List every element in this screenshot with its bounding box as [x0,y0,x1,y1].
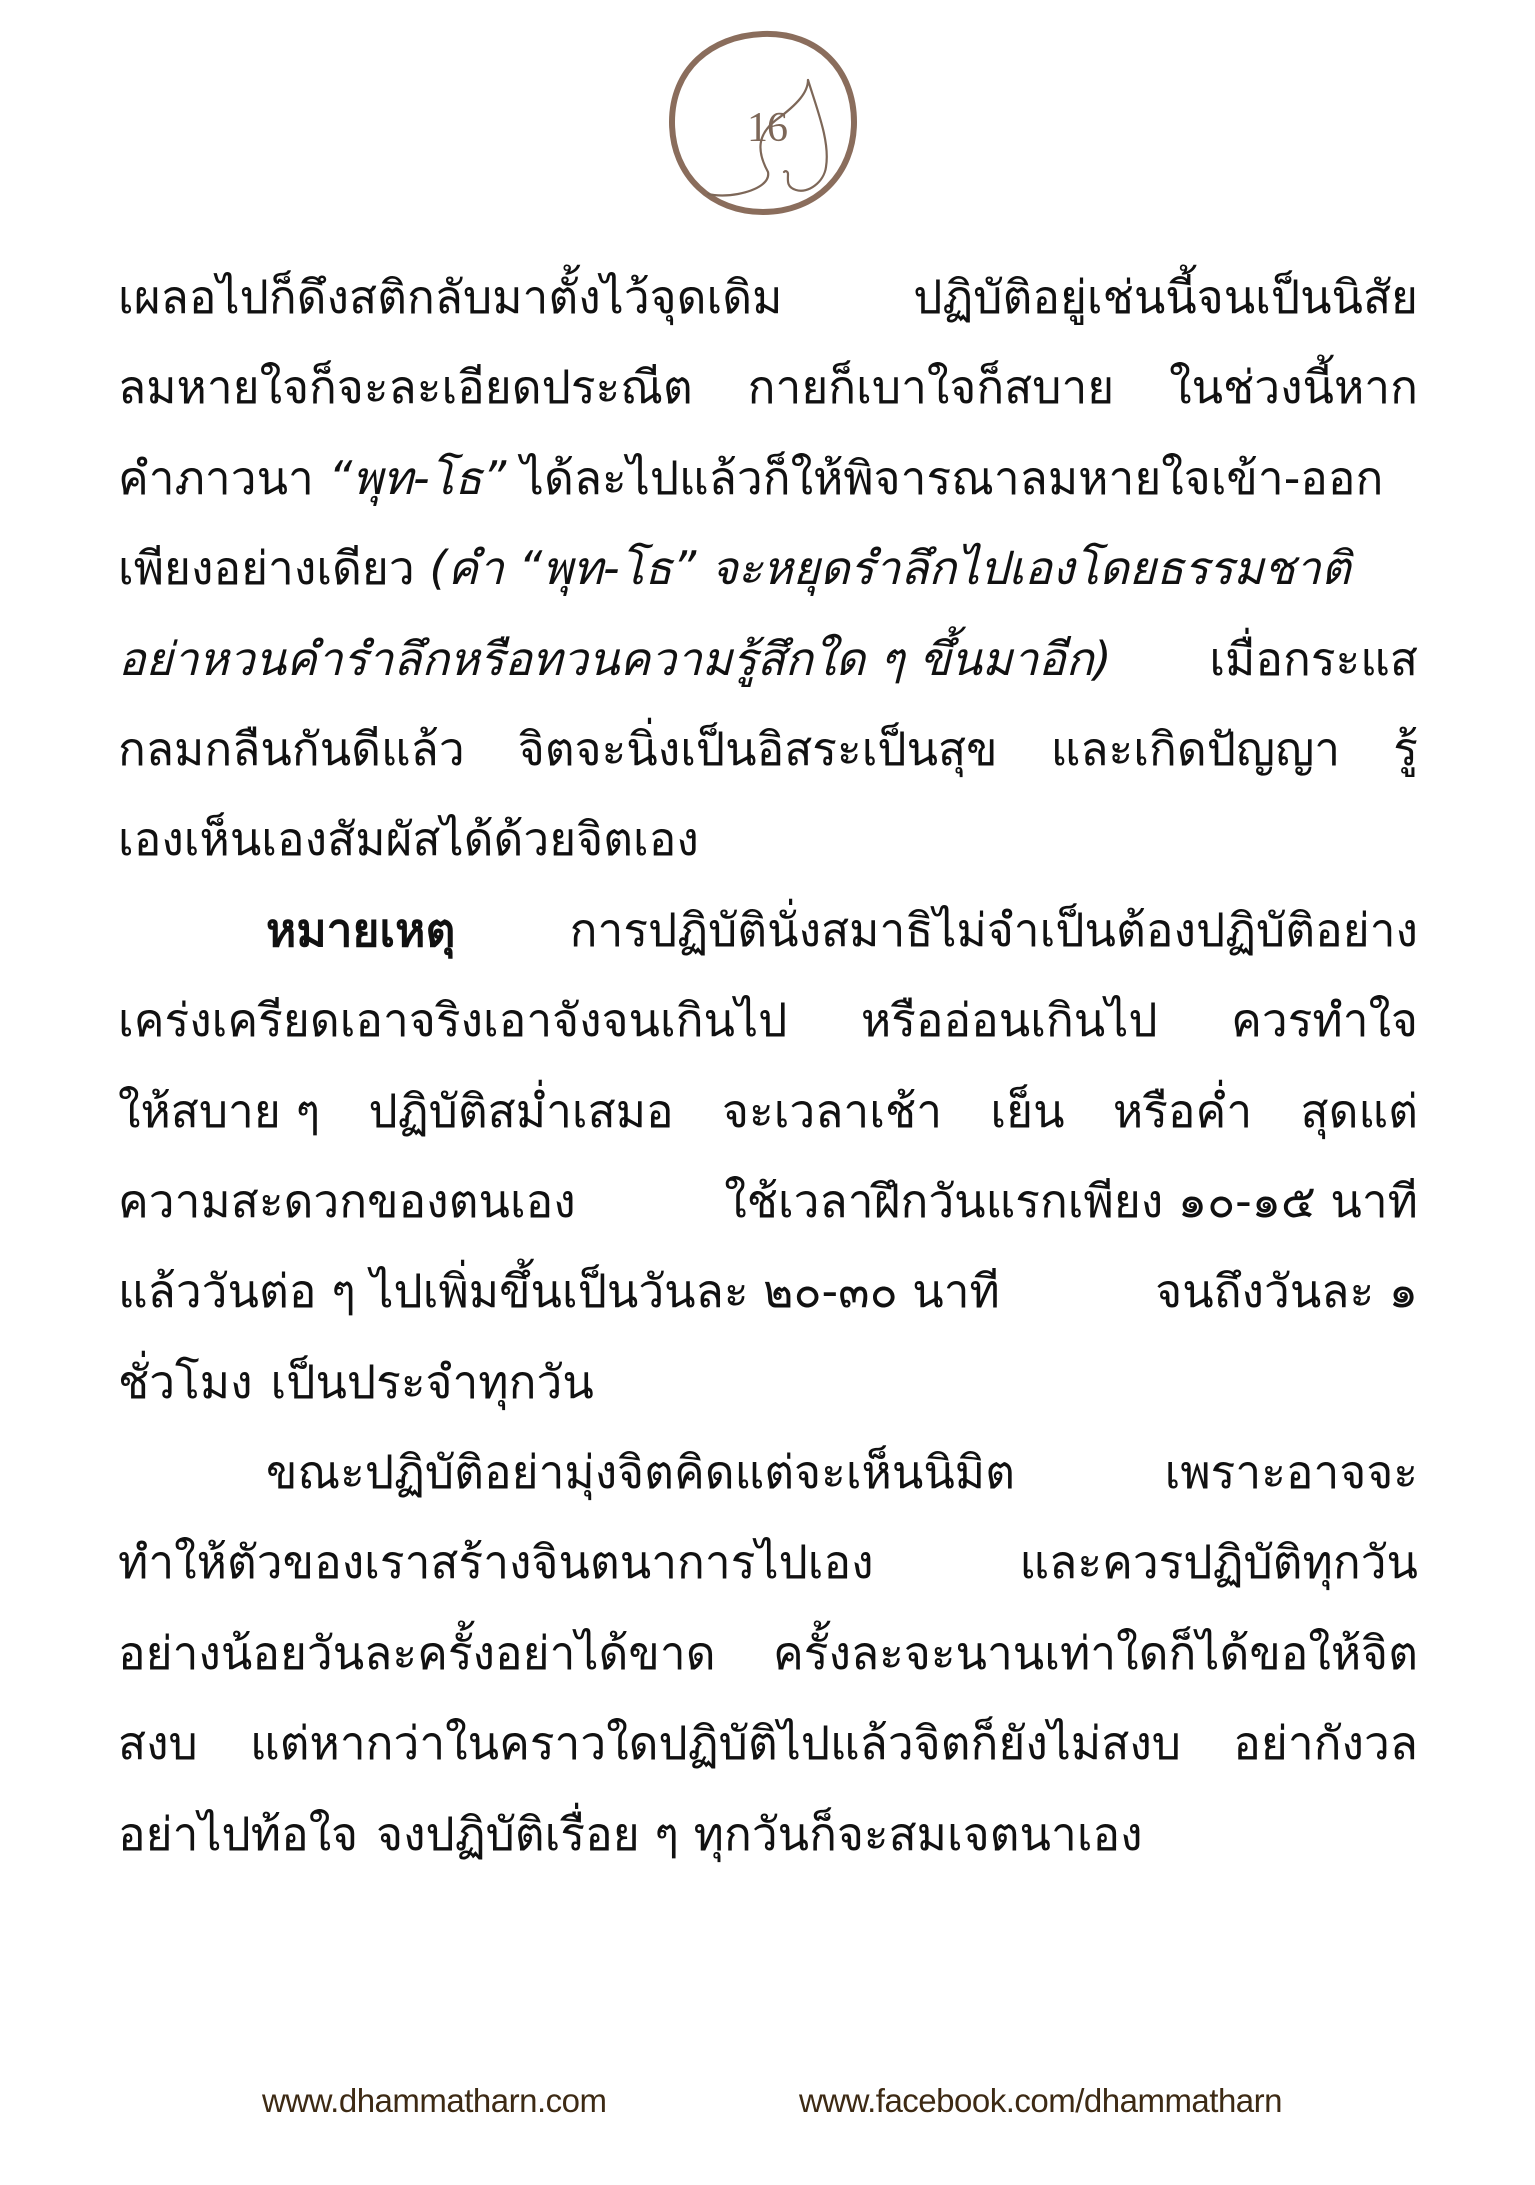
text-segment: จนถึงวันละ ๑ [1155,1246,1418,1336]
text-line: เคร่งเครียดเอาจริงเอาจังจนเกินไปหรืออ่อน… [118,975,1418,1065]
text-segment: เย็น [990,1066,1064,1156]
text-segment: และควรปฏิบัติทุกวัน [1020,1517,1418,1607]
text-segment: กายก็เบาใจก็สบาย [748,342,1115,432]
note-label: หมายเหตุ [266,885,455,975]
text-segment: ลมหายใจก็จะละเอียดประณีต [118,342,693,432]
text-segment: ครั้งละจะนานเท่าใดก็ได้ขอให้จิต [773,1608,1418,1698]
text-segment: เผลอไปก็ดึงสติกลับมาตั้งไว้จุดเดิม [118,252,782,342]
text-segment: อย่าไปท้อใจ [118,1789,358,1879]
text-segment: ขณะปฏิบัติอย่ามุ่งจิตคิดแต่จะเห็นนิมิต [266,1427,1015,1517]
text-segment: การปฏิบัตินั่งสมาธิไม่จำเป็นต้องปฏิบัติอ… [570,885,1418,975]
text-line: ความสะดวกของตนเองใช้เวลาฝึกวันแรกเพียง ๑… [118,1156,1418,1246]
text-line: เพียงอย่างเดียว (คำ “พุท-โธ” จะหยุดรำลึก… [118,523,1418,613]
text-segment: ในช่วงนี้หาก [1169,342,1418,432]
text-segment: คำภาวนา [118,433,328,523]
text-line: ทำให้ตัวของเราสร้างจินตนาการไปเองและควรป… [118,1517,1418,1607]
text-line: อย่าหวนคำรำลึกหรือทวนความรู้สึกใด ๆ ขึ้น… [118,614,1418,704]
text-segment: สุดแต่ [1301,1066,1418,1156]
text-segment: กลมกลืนกันดีแล้ว [118,704,465,794]
text-segment: ใช้เวลาฝึกวันแรกเพียง ๑๐-๑๕ นาที [724,1156,1418,1246]
text-segment: และเกิดปัญญา [1051,704,1340,794]
text-line: สงบแต่หากว่าในคราวใดปฏิบัติไปแล้วจิตก็ยั… [118,1698,1418,1788]
text-segment: ให้สบาย ๆ [118,1066,320,1156]
text-segment: ความสะดวกของตนเอง [118,1156,576,1246]
text-segment: เพราะอาจจะ [1165,1427,1418,1517]
document-body: เผลอไปก็ดึงสติกลับมาตั้งไว้จุดเดิมปฏิบัต… [118,252,1418,1879]
text-line: ขณะปฏิบัติอย่ามุ่งจิตคิดแต่จะเห็นนิมิตเพ… [118,1427,1418,1517]
text-segment: เพียงอย่างเดียว [118,523,429,613]
text-line: แล้ววันต่อ ๆ ไปเพิ่มขึ้นเป็นวันละ ๒๐-๓๐ … [118,1246,1418,1336]
text-segment: เคร่งเครียดเอาจริงเอาจังจนเกินไป [118,975,787,1065]
text-segment: เมื่อกระแส [1209,614,1418,704]
text-line: อย่างน้อยวันละครั้งอย่าได้ขาดครั้งละจะนา… [118,1608,1418,1698]
facebook-link[interactable]: www.facebook.com/dhammatharn [799,2082,1282,2120]
text-line: เองเห็นเองสัมผัสได้ด้วยจิตเอง [118,794,1418,884]
text-line: เผลอไปก็ดึงสติกลับมาตั้งไว้จุดเดิมปฏิบัต… [118,252,1418,342]
text-line: กลมกลืนกันดีแล้วจิตจะนิ่งเป็นอิสระเป็นสุ… [118,704,1418,794]
text-line: ชั่วโมงเป็นประจำทุกวัน [118,1337,1418,1427]
text-segment: จิตจะนิ่งเป็นอิสระเป็นสุข [518,704,998,794]
text-segment: ทำให้ตัวของเราสร้างจินตนาการไปเอง [118,1517,874,1607]
text-segment: หรือค่ำ [1113,1066,1252,1156]
text-segment: ได้ละไปแล้วก็ให้พิจารณาลมหายใจเข้า-ออก [506,433,1383,523]
text-segment: รู้ [1393,704,1418,794]
text-segment: แต่หากว่าในคราวใดปฏิบัติไปแล้วจิตก็ยังไม… [250,1698,1181,1788]
text-segment: เป็นประจำทุกวัน [271,1337,594,1427]
text-segment: เองเห็นเองสัมผัสได้ด้วยจิตเอง [118,794,699,884]
text-segment: ปฏิบัติอยู่เช่นนี้จนเป็นนิสัย [913,252,1418,342]
text-segment: อย่าหวนคำรำลึกหรือทวนความรู้สึกใด ๆ ขึ้น… [118,614,1112,704]
text-segment: สงบ [118,1698,198,1788]
website-link[interactable]: www.dhammatharn.com [262,2082,606,2120]
text-line: คำภาวนา “พุท-โธ” ได้ละไปแล้วก็ให้พิจารณา… [118,433,1418,523]
text-line: ลมหายใจก็จะละเอียดประณีตกายก็เบาใจก็สบาย… [118,342,1418,432]
text-segment: หรืออ่อนเกินไป [861,975,1158,1065]
text-segment: อย่ากังวล [1233,1698,1418,1788]
text-segment: (คำ “พุท-โธ” จะหยุดรำลึกไปเองโดยธรรมชาติ [429,523,1350,613]
text-segment: จะเวลาเช้า [722,1066,942,1156]
text-segment: “พุท-โธ” [328,433,506,523]
page-footer: www.dhammatharn.com www.facebook.com/dha… [262,2082,1282,2120]
text-segment: ชั่วโมง [118,1337,253,1427]
text-segment: อย่างน้อยวันละครั้งอย่าได้ขาด [118,1608,716,1698]
text-segment: ปฏิบัติสม่ำเสมอ [369,1066,674,1156]
page-number: 16 [658,104,868,152]
page-number-emblem: 16 [658,22,868,222]
text-line: ให้สบาย ๆปฏิบัติสม่ำเสมอจะเวลาเช้าเย็นหร… [118,1066,1418,1156]
text-line: หมายเหตุการปฏิบัตินั่งสมาธิไม่จำเป็นต้อง… [118,885,1418,975]
text-segment: แล้ววันต่อ ๆ ไปเพิ่มขึ้นเป็นวันละ ๒๐-๓๐ … [118,1246,1000,1336]
text-segment: ควรทำใจ [1231,975,1418,1065]
text-line: อย่าไปท้อใจจงปฏิบัติเรื่อย ๆ ทุกวันก็จะส… [118,1789,1418,1879]
text-segment: จงปฏิบัติเรื่อย ๆ ทุกวันก็จะสมเจตนาเอง [376,1789,1143,1879]
